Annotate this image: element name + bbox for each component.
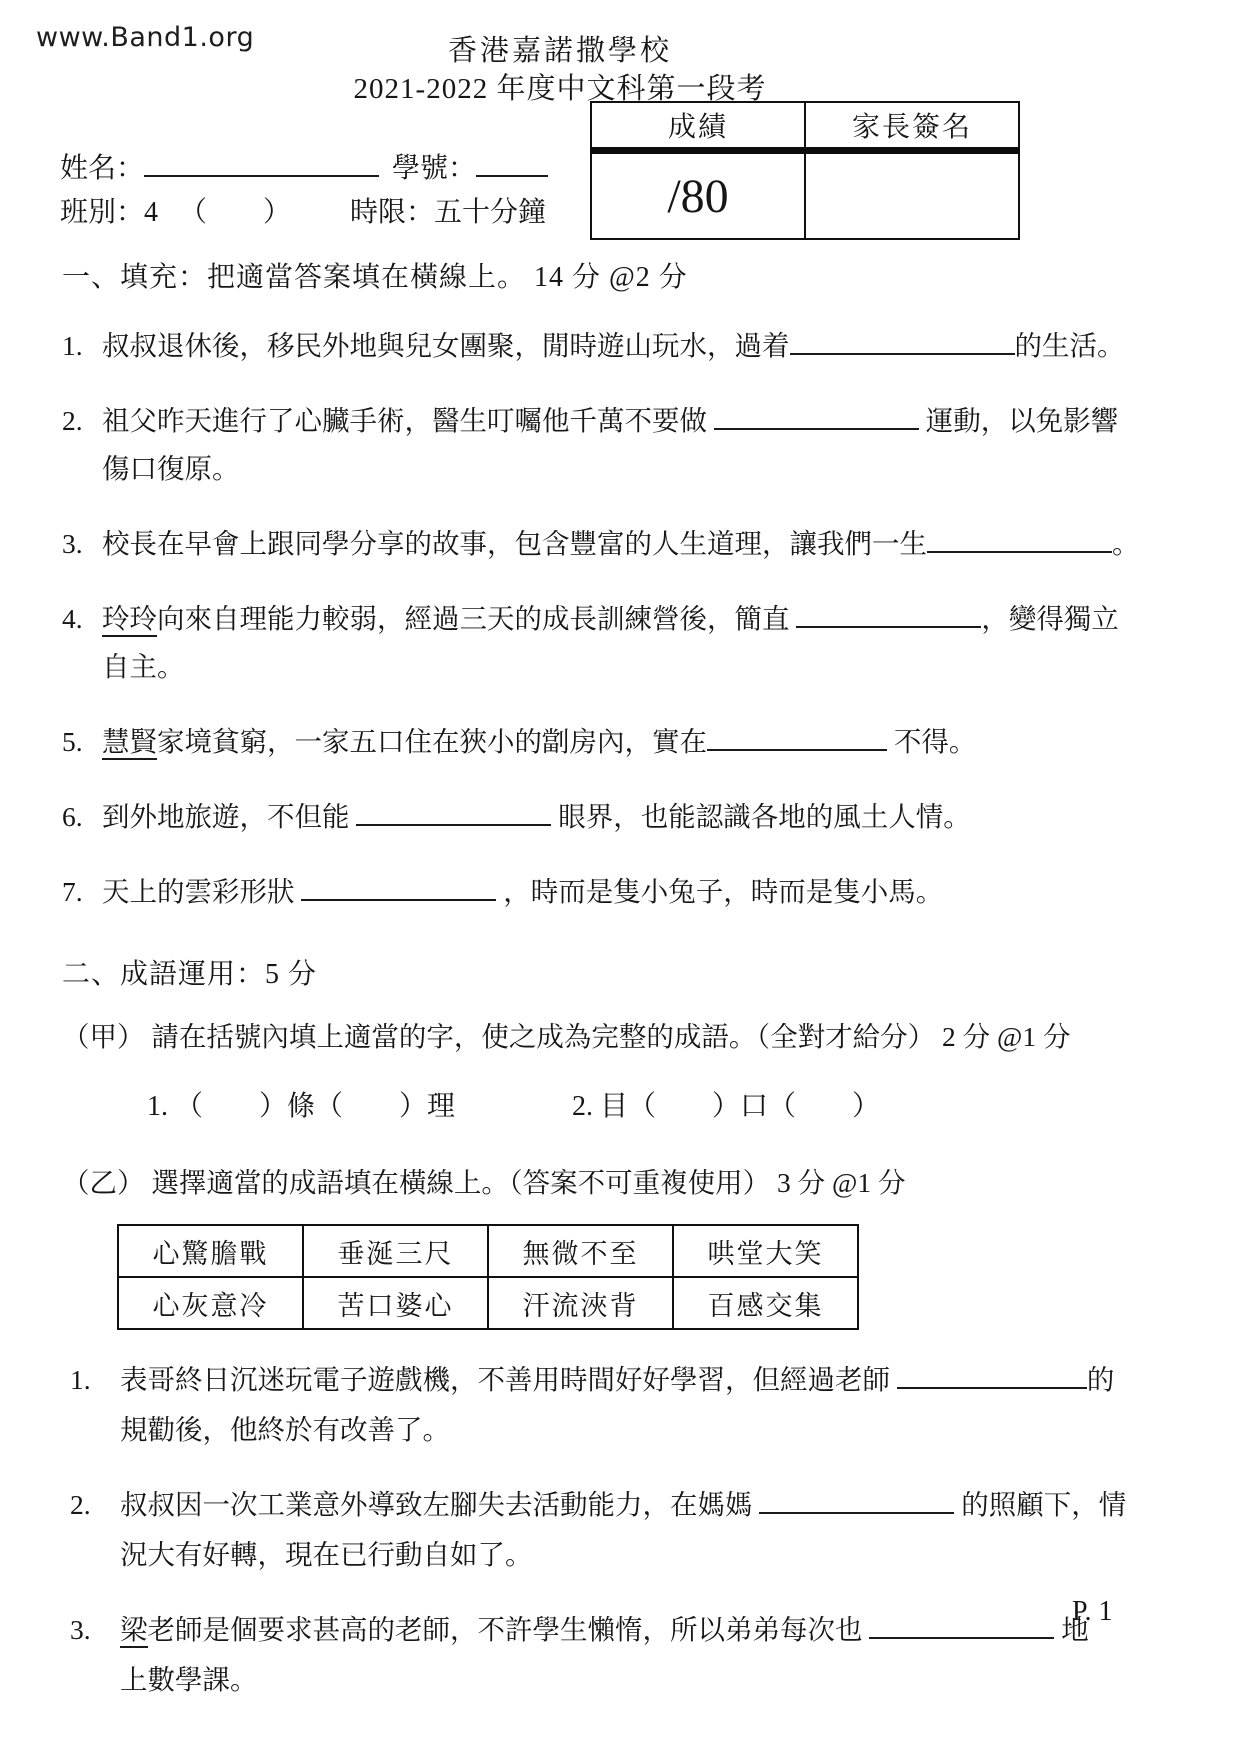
time-value: 五十分鐘 [434,197,546,228]
idiom-cell: 哄堂大笑 [673,1225,858,1277]
underlined-name: 梁 [120,1614,148,1648]
class-label: 班別： [60,197,144,228]
answer-blank[interactable] [897,1361,1087,1389]
exam-body: 一、填充：把適當答案填在橫線上。 14 分 @2 分 1.叔叔退休後，移民外地與… [62,245,1178,1705]
underlined-name: 玲玲 [102,603,157,637]
question-text: 的生活。 [1015,330,1125,361]
question-text: 運動，以免影響 [919,405,1118,436]
question-number: 5. [62,718,83,766]
question-text: 規勸後，他終於有改善了。 [120,1414,450,1445]
underlined-name: 慧賢 [102,726,157,760]
question-text: 況大有好轉，現在已行動自如了。 [120,1539,533,1570]
student-info-line-2: 班別：4 （ ） 時限：五十分鐘 [60,190,546,230]
question-text: 的 [1087,1364,1115,1395]
score-table-value-row: /80 [591,151,1019,240]
class-value[interactable]: 4 [144,197,158,228]
answer-blank[interactable] [707,723,887,751]
question-text: 到外地旅遊，不但能 [102,801,356,832]
question-text: 的照顧下，情 [954,1489,1126,1520]
idiom-cell: 心灰意冷 [118,1277,303,1329]
answer-blank[interactable] [301,873,496,901]
question-number: 1. [62,322,83,370]
idiom-cell: 無微不至 [488,1225,673,1277]
question-row: 3.校長在早會上跟同學分享的故事，包含豐富的人生道理，讓我們一生。 [62,520,1178,568]
idiom-cell: 苦口婆心 [303,1277,488,1329]
section1-title: 一、填充：把適當答案填在橫線上。 14 分 @2 分 [62,255,1178,295]
question-text: 叔叔退休後，移民外地與兒女團聚，閒時遊山玩水，過着 [102,330,790,361]
question-row: 6.到外地旅遊，不但能 眼界，也能認識各地的風土人情。 [62,793,1178,841]
question-text: 向來自理能力較弱，經過三天的成長訓練營後，簡直 [157,603,796,634]
part-b-instruction: （乙） 選擇適當的成語填在橫線上。（答案不可重複使用） 3 分 @1 分 [62,1160,1178,1200]
question-number: 4. [62,595,83,643]
answer-blank[interactable] [356,798,551,826]
name-label: 姓名： [60,153,144,184]
question-number: 2. [62,397,83,445]
question-row: 2.叔叔因一次工業意外導致左腳失去活動能力，在媽媽 的照顧下，情況大有好轉，現在… [62,1480,1178,1580]
question-row: 2.祖父昨天進行了心臟手術，醫生叮囑他千萬不要做 運動，以免影響傷口復原。 [62,397,1178,493]
answer-blank[interactable] [790,327,1015,355]
question-number: 3. [62,520,83,568]
question-row: 5.慧賢家境貧窮，一家五口住在狹小的劏房內，實在 不得。 [62,718,1178,766]
answer-blank[interactable] [796,600,981,628]
class-bracket[interactable]: （ ） [179,197,291,228]
part-a-instruction: （甲） 請在括號內填上適當的字，使之成為完整的成語。（全對才給分） 2 分 @1… [62,1014,1178,1054]
part-a-item-1[interactable]: 1. （ ）條（ ）理 [147,1091,455,1122]
question-text: 祖父昨天進行了心臟手術，醫生叮囑他千萬不要做 [102,405,714,436]
part-a-item-2[interactable]: 2. 目（ ）口（ ） [572,1091,880,1122]
question-text: 老師是個要求甚高的老師，不許學生懶惰，所以弟弟每次也 [148,1614,870,1645]
idiom-cell: 垂涎三尺 [303,1225,488,1277]
school-name: 香港嘉諾撒學校 [0,28,1120,69]
idiom-cell: 百感交集 [673,1277,858,1329]
question-row: 1.叔叔退休後，移民外地與兒女團聚，閒時遊山玩水，過着的生活。 [62,322,1178,370]
answer-blank[interactable] [714,402,919,430]
question-row: 7.天上的雲彩形狀 ，時而是隻小兔子，時而是隻小馬。 [62,868,1178,916]
idiom-bank-row: 心驚膽戰 垂涎三尺 無微不至 哄堂大笑 [118,1225,858,1277]
answer-blank[interactable] [869,1611,1054,1639]
question-text: 眼界，也能認識各地的風土人情。 [551,801,970,832]
idiom-bank-table: 心驚膽戰 垂涎三尺 無微不至 哄堂大笑 心灰意冷 苦口婆心 汗流浹背 百感交集 [117,1224,859,1330]
question-number: 1. [70,1355,91,1405]
idiom-cell: 汗流浹背 [488,1277,673,1329]
question-text: 傷口復原。 [102,453,240,484]
question-text: 。 [1112,528,1140,559]
score-table-header-row: 成績 家長簽名 [591,102,1019,151]
idiom-bank-row: 心灰意冷 苦口婆心 汗流浹背 百感交集 [118,1277,858,1329]
question-number: 2. [70,1480,91,1530]
student-info-line-1: 姓名： 學號： [60,146,548,186]
exam-paper-page: www.Band1.org 香港嘉諾撒學校 2021-2022 年度中文科第一段… [0,0,1240,1754]
section2-title: 二、成語運用：5 分 [62,952,1178,992]
question-text: 上數學課。 [120,1664,258,1695]
page-number: P. 1 [1072,1596,1112,1628]
name-blank[interactable] [144,149,379,177]
question-text: 自主。 [102,651,185,682]
question-row: 4.玲玲向來自理能力較弱，經過三天的成長訓練營後，簡直 ，變得獨立自主。 [62,595,1178,691]
question-text: ，時而是隻小兔子，時而是隻小馬。 [496,876,943,907]
part-b-questions: 1.表哥終日沉迷玩電子遊戲機，不善用時間好好學習，但經過老師 的規勸後，他終於有… [62,1355,1178,1705]
signature-header-cell: 家長簽名 [805,102,1019,151]
answer-blank[interactable] [927,525,1112,553]
question-text: 家境貧窮，一家五口住在狹小的劏房內，實在 [157,726,707,757]
question-text: ，變得獨立 [981,603,1119,634]
question-number: 3. [70,1605,91,1655]
question-text: 不得。 [887,726,976,757]
student-no-blank[interactable] [476,149,548,177]
question-text: 校長在早會上跟同學分享的故事，包含豐富的人生道理，讓我們一生 [102,528,927,559]
answer-blank[interactable] [759,1486,954,1514]
parent-signature-cell[interactable] [805,151,1019,240]
idiom-cell: 心驚膽戰 [118,1225,303,1277]
question-number: 6. [62,793,83,841]
part-a-items: 1. （ ）條（ ）理 2. 目（ ）口（ ） [62,1084,1178,1124]
question-text: 叔叔因一次工業意外導致左腳失去活動能力，在媽媽 [120,1489,759,1520]
question-text: 天上的雲彩形狀 [102,876,301,907]
question-number: 7. [62,868,83,916]
question-row: 1.表哥終日沉迷玩電子遊戲機，不善用時間好好學習，但經過老師 的規勸後，他終於有… [62,1355,1178,1455]
question-text: 表哥終日沉迷玩電子遊戲機，不善用時間好好學習，但經過老師 [120,1364,897,1395]
section1-questions: 1.叔叔退休後，移民外地與兒女團聚，閒時遊山玩水，過着的生活。2.祖父昨天進行了… [62,322,1178,916]
score-table: 成績 家長簽名 /80 [590,101,1020,240]
question-row: 3.梁老師是個要求甚高的老師，不許學生懶惰，所以弟弟每次也 地上數學課。 [62,1605,1178,1705]
student-no-label: 學號： [392,153,476,184]
score-header-cell: 成績 [591,102,805,151]
score-value-cell: /80 [591,151,805,240]
time-label: 時限： [350,197,434,228]
